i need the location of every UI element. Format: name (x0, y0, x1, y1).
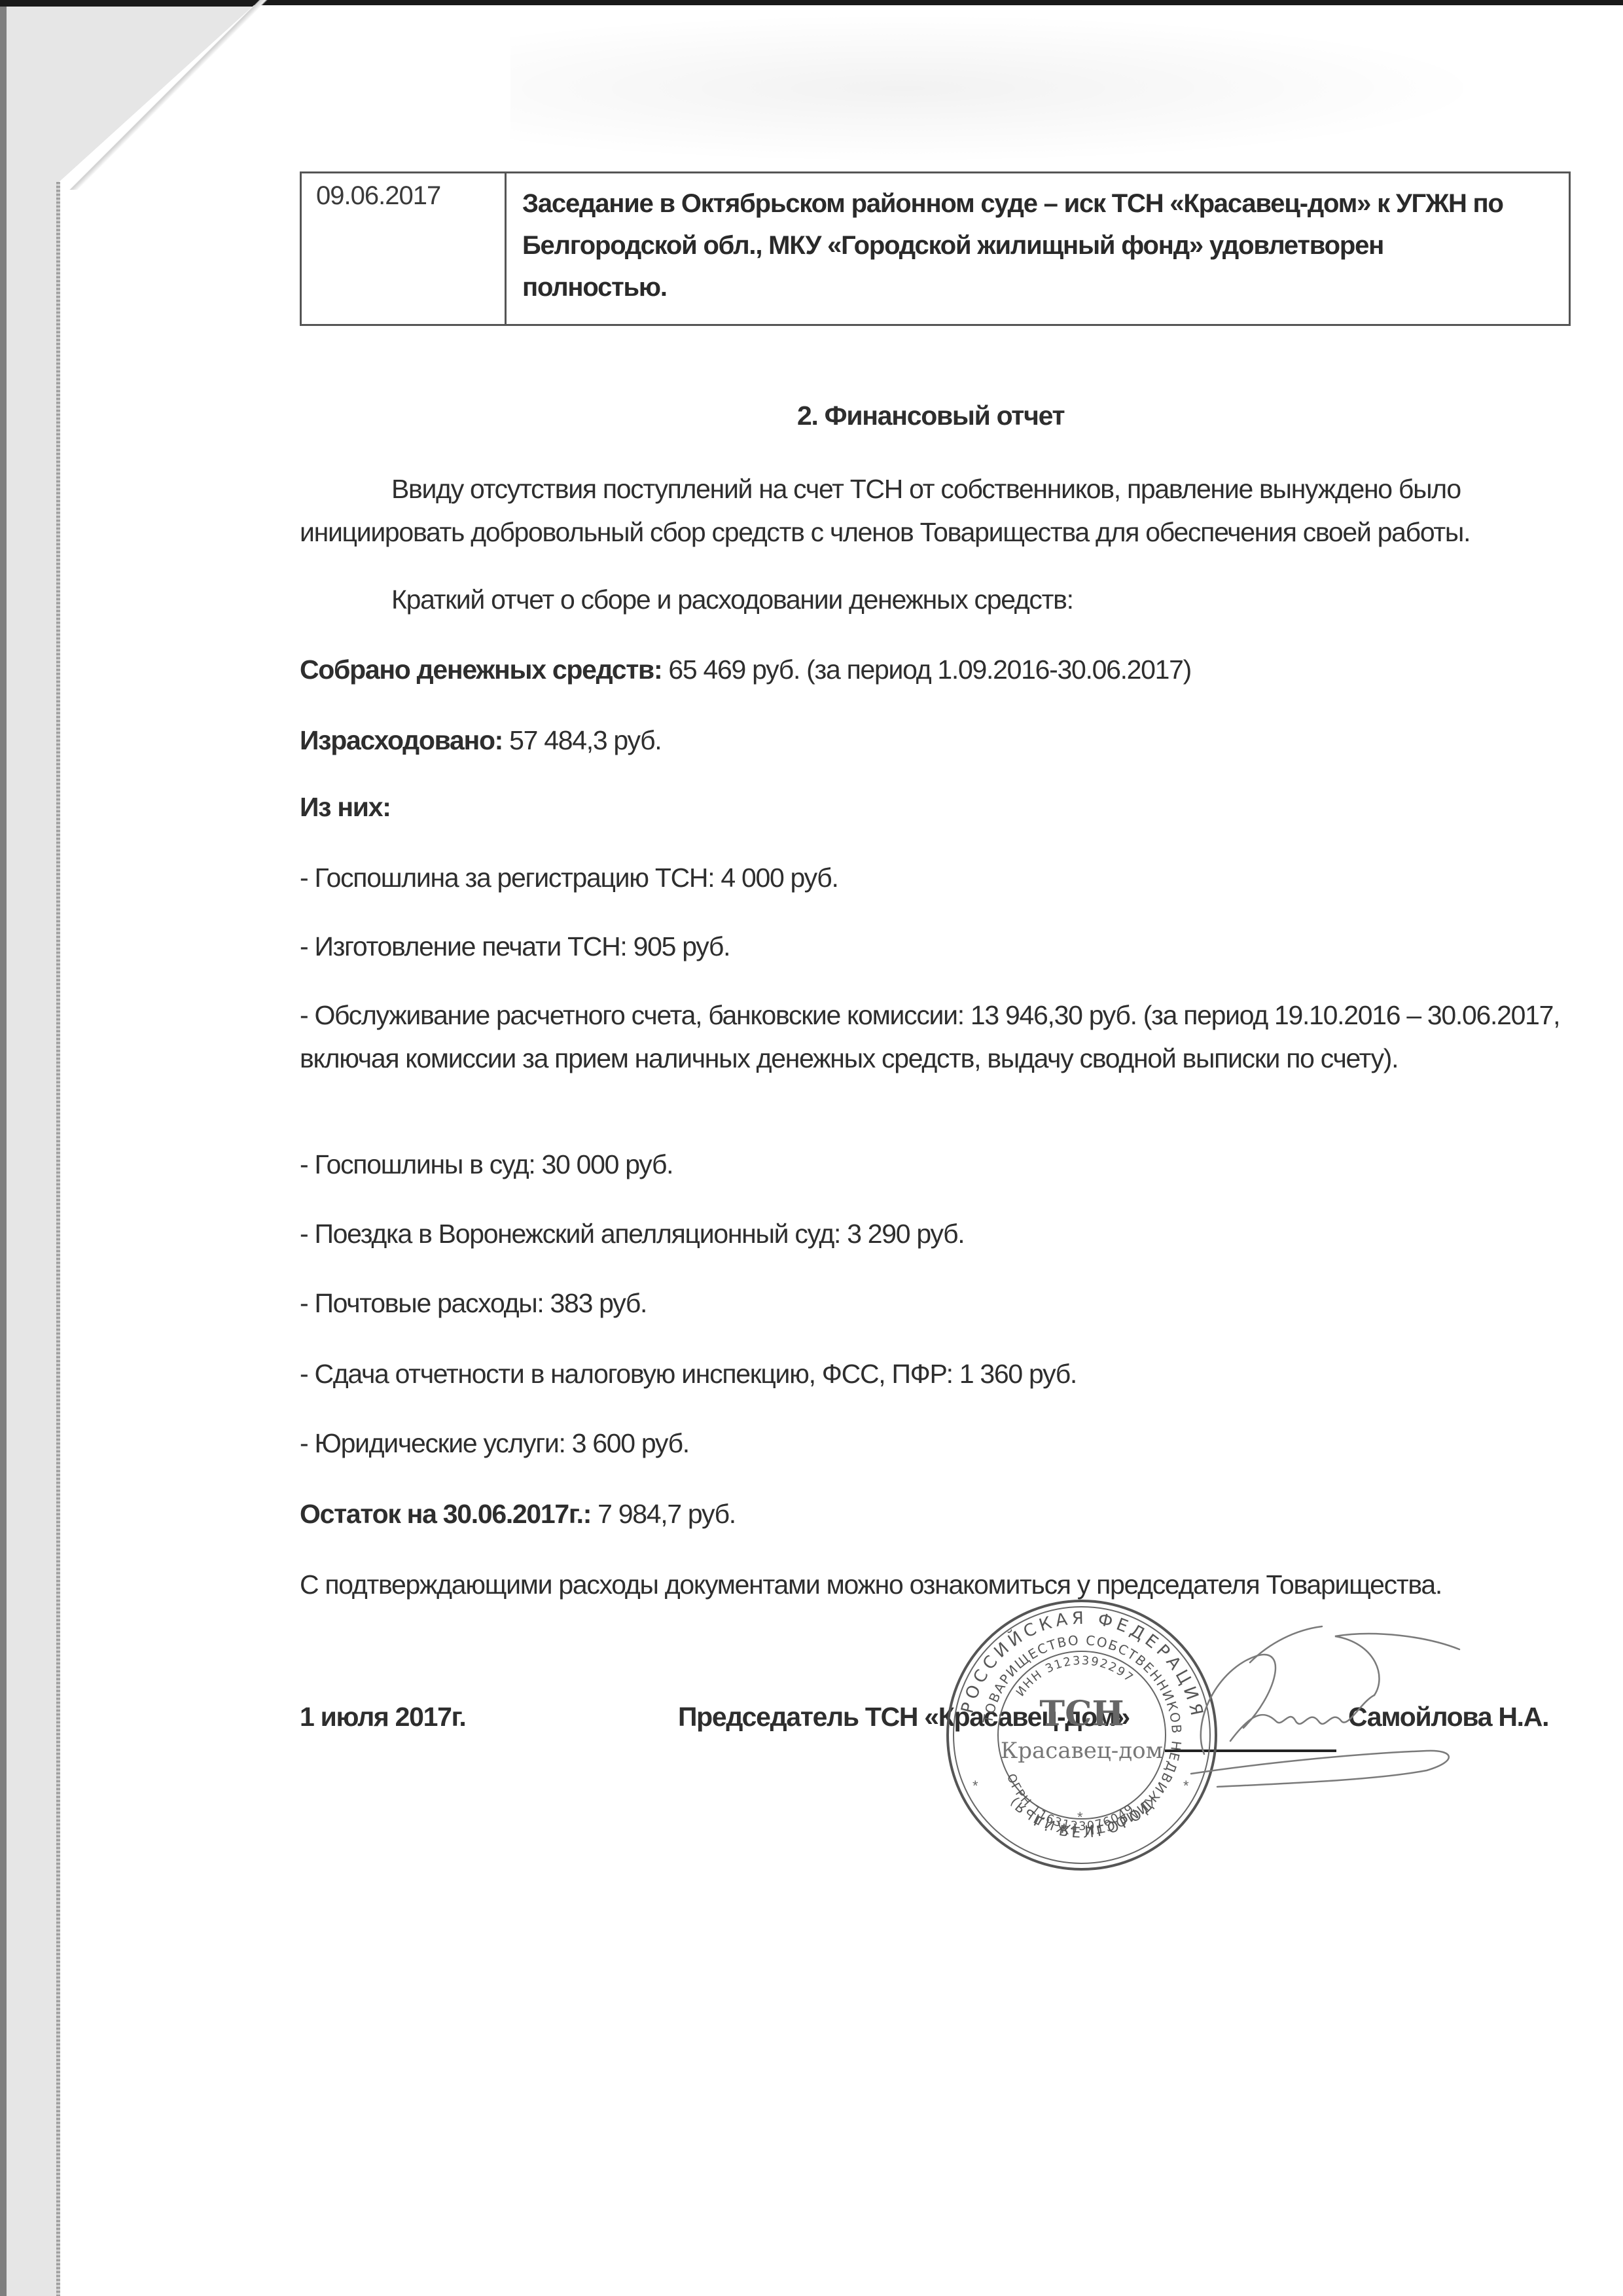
expense-item: - Поездка в Воронежский апелляционный су… (300, 1212, 1576, 1255)
balance-value: 7 984,7 руб. (591, 1499, 736, 1529)
expense-item: - Госпошлина за регистрацию ТСН: 4 000 р… (300, 856, 1576, 899)
svg-text:*: * (972, 1778, 978, 1794)
section-heading: 2. Финансовый отчет (797, 401, 1064, 431)
svg-text:ТСН: ТСН (1039, 1694, 1124, 1734)
expense-item: - Сдача отчетности в налоговую инспекцию… (300, 1352, 1576, 1395)
collected-line: Собрано денежных средств: 65 469 руб. (з… (300, 648, 1576, 691)
table-cell-description: Заседание в Октябрьском районном суде – … (507, 173, 1569, 324)
table-cell-date: 09.06.2017 (302, 173, 507, 324)
footer-date: 1 июля 2017г. (300, 1702, 465, 1732)
spent-label: Израсходовано: (300, 725, 503, 755)
balance-line: Остаток на 30.06.2017г.: 7 984,7 руб. (300, 1492, 1576, 1535)
intro-paragraph: Ввиду отсутствия поступлений на счет ТСН… (300, 467, 1576, 554)
svg-text:*: * (1077, 1809, 1083, 1825)
spent-value: 57 484,3 руб. (503, 725, 661, 755)
collected-value: 65 469 руб. (за период 1.09.2016-30.06.2… (662, 655, 1191, 685)
expense-item: - Изготовление печати ТСН: 905 руб. (300, 925, 1576, 968)
closing-note: С подтверждающими расходы документами мо… (300, 1563, 1576, 1606)
spent-line: Израсходовано: 57 484,3 руб. (300, 719, 1576, 762)
expense-item: - Почтовые расходы: 383 руб. (300, 1282, 1576, 1325)
expense-item: - Госпошлины в суд: 30 000 руб. (300, 1143, 1576, 1186)
scan-smudge (510, 13, 1492, 164)
svg-text:Красавец-дом: Красавец-дом (1001, 1738, 1163, 1764)
folded-corner (59, 0, 275, 190)
expense-item: - Юридические услуги: 3 600 руб. (300, 1422, 1576, 1465)
summary-intro: Краткий отчет о сборе и расходовании ден… (300, 578, 1576, 621)
scanner-edge (0, 0, 7, 2296)
collected-label: Собрано денежных средств: (300, 655, 662, 685)
expense-item: - Обслуживание расчетного счета, банковс… (300, 994, 1576, 1080)
balance-label: Остаток на 30.06.2017г.: (300, 1499, 591, 1529)
events-table: 09.06.2017 Заседание в Октябрьском район… (300, 171, 1571, 326)
handwritten-signature-icon (1178, 1623, 1518, 1793)
page-edge (56, 182, 60, 2296)
of-which-label: Из них: (300, 785, 1576, 829)
